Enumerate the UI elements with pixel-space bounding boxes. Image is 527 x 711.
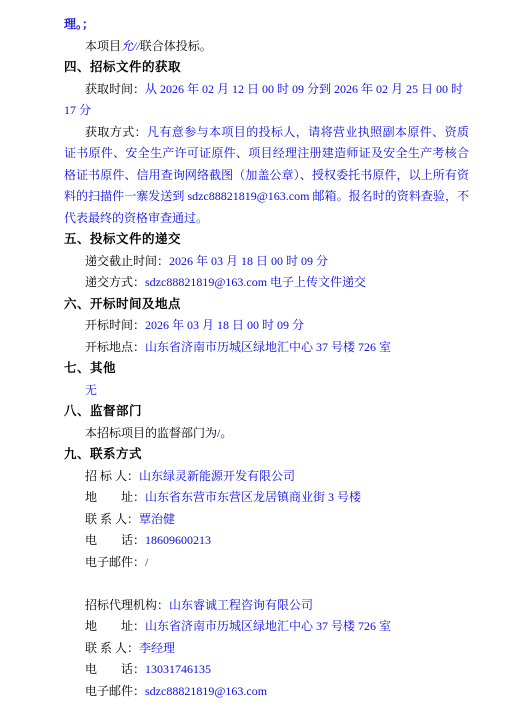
tenderer-phone-row: 电 话：18609600213 xyxy=(64,530,469,552)
submission-method-row: 递交方式：sdzc88821819@163.com 电子上传文件递交 xyxy=(64,272,469,294)
tenderer-address-value: 山东省东营市东营区龙居镇商业街 3 号楼 xyxy=(145,490,361,504)
other-value: 无 xyxy=(85,383,97,397)
supervision-row: 本招标项目的监督部门为/。 xyxy=(64,423,469,445)
section-6-heading: 六、开标时间及地点 xyxy=(64,294,469,316)
tenderer-contact-value: 覃治健 xyxy=(139,512,175,526)
section-9-heading: 九、联系方式 xyxy=(64,444,469,466)
tenderer-email-value: / xyxy=(145,555,148,569)
other-row: 无 xyxy=(64,380,469,402)
spacer xyxy=(64,573,469,595)
agency-contact-value: 李经理 xyxy=(139,641,175,655)
agency-address-row: 地 址：山东省济南市历城区绿地汇中心 37 号楼 726 室 xyxy=(64,616,469,638)
acquisition-method-paragraph: 获取方式：凡有意参与本项目的投标人，请将营业执照副本原件、资质证书原件、安全生产… xyxy=(64,122,469,230)
tenderer-contact-row: 联 系 人：覃治健 xyxy=(64,509,469,531)
tender-notice-page: 理。； 本项目允//联合体投标。 四、招标文件的获取 获取时间：从 2026 年… xyxy=(0,0,527,711)
agency-address-label: 地 址： xyxy=(85,619,145,633)
joint-venture-statement: 本项目允//联合体投标。 xyxy=(64,36,469,58)
section-8-heading: 八、监督部门 xyxy=(64,401,469,423)
section-7-heading: 七、其他 xyxy=(64,358,469,380)
acquisition-time-row: 获取时间：从 2026 年 02 月 12 日 00 时 09 分到 2026 … xyxy=(64,79,469,122)
opening-time-value: 2026 年 03 月 18 日 00 时 09 分 xyxy=(145,318,304,332)
supervision-prefix: 本招标项目的监督部门为 xyxy=(85,426,217,440)
opening-place-row: 开标地点：山东省济南市历城区绿地汇中心 37 号楼 726 室 xyxy=(64,337,469,359)
tenderer-address-row: 地 址：山东省东营市东营区龙居镇商业街 3 号楼 xyxy=(64,487,469,509)
tenderer-name-value: 山东绿灵新能源开发有限公司 xyxy=(139,469,295,483)
agency-name-value: 山东睿诚工程咨询有限公司 xyxy=(169,598,313,612)
jv-suffix: 联合体投标。 xyxy=(140,39,212,53)
document-body: 理。； 本项目允//联合体投标。 四、招标文件的获取 获取时间：从 2026 年… xyxy=(0,0,527,702)
tenderer-name-label: 招 标 人： xyxy=(85,469,139,483)
agency-email-value: sdzc88821819@163.com xyxy=(145,684,267,698)
tenderer-address-label: 地 址： xyxy=(85,490,145,504)
acquisition-method-label: 获取方式： xyxy=(85,125,147,139)
agency-contact-label: 联 系 人： xyxy=(85,641,139,655)
tenderer-phone-label: 电 话： xyxy=(85,533,145,547)
agency-email-label: 电子邮件： xyxy=(85,684,145,698)
agency-phone-value: 13031746135 xyxy=(145,662,211,676)
submission-deadline-row: 递交截止时间：2026 年 03 月 18 日 00 时 09 分 xyxy=(64,251,469,273)
section-5-heading: 五、投标文件的递交 xyxy=(64,229,469,251)
tenderer-phone-value: 18609600213 xyxy=(145,533,211,547)
submission-method-value: sdzc88821819@163.com 电子上传文件递交 xyxy=(145,275,366,289)
submission-deadline-value: 2026 年 03 月 18 日 00 时 09 分 xyxy=(169,254,328,268)
jv-value: 允// xyxy=(121,39,140,53)
carryover-text: 理。； xyxy=(64,17,94,31)
tenderer-email-label: 电子邮件： xyxy=(85,555,145,569)
section-4-heading: 四、招标文件的获取 xyxy=(64,57,469,79)
opening-time-row: 开标时间：2026 年 03 月 18 日 00 时 09 分 xyxy=(64,315,469,337)
opening-place-label: 开标地点： xyxy=(85,340,145,354)
agency-address-value: 山东省济南市历城区绿地汇中心 37 号楼 726 室 xyxy=(145,619,391,633)
opening-time-label: 开标时间： xyxy=(85,318,145,332)
agency-email-row: 电子邮件：sdzc88821819@163.com xyxy=(64,681,469,703)
submission-deadline-label: 递交截止时间： xyxy=(85,254,169,268)
acquisition-method-value: 凡有意参与本项目的投标人，请将营业执照副本原件、资质证书原件、安全生产许可证原件… xyxy=(64,125,469,225)
supervision-suffix: 。 xyxy=(220,426,232,440)
agency-name-label: 招标代理机构： xyxy=(85,598,169,612)
tenderer-email-row: 电子邮件：/ xyxy=(64,552,469,574)
tenderer-name-row: 招 标 人：山东绿灵新能源开发有限公司 xyxy=(64,466,469,488)
acquisition-time-label: 获取时间： xyxy=(85,82,145,96)
agency-contact-row: 联 系 人：李经理 xyxy=(64,638,469,660)
submission-method-label: 递交方式： xyxy=(85,275,145,289)
carryover-line: 理。； xyxy=(64,14,469,36)
jv-prefix: 本项目 xyxy=(85,39,121,53)
agency-phone-label: 电 话： xyxy=(85,662,145,676)
agency-phone-row: 电 话：13031746135 xyxy=(64,659,469,681)
tenderer-contact-label: 联 系 人： xyxy=(85,512,139,526)
opening-place-value: 山东省济南市历城区绿地汇中心 37 号楼 726 室 xyxy=(145,340,391,354)
agency-name-row: 招标代理机构：山东睿诚工程咨询有限公司 xyxy=(64,595,469,617)
